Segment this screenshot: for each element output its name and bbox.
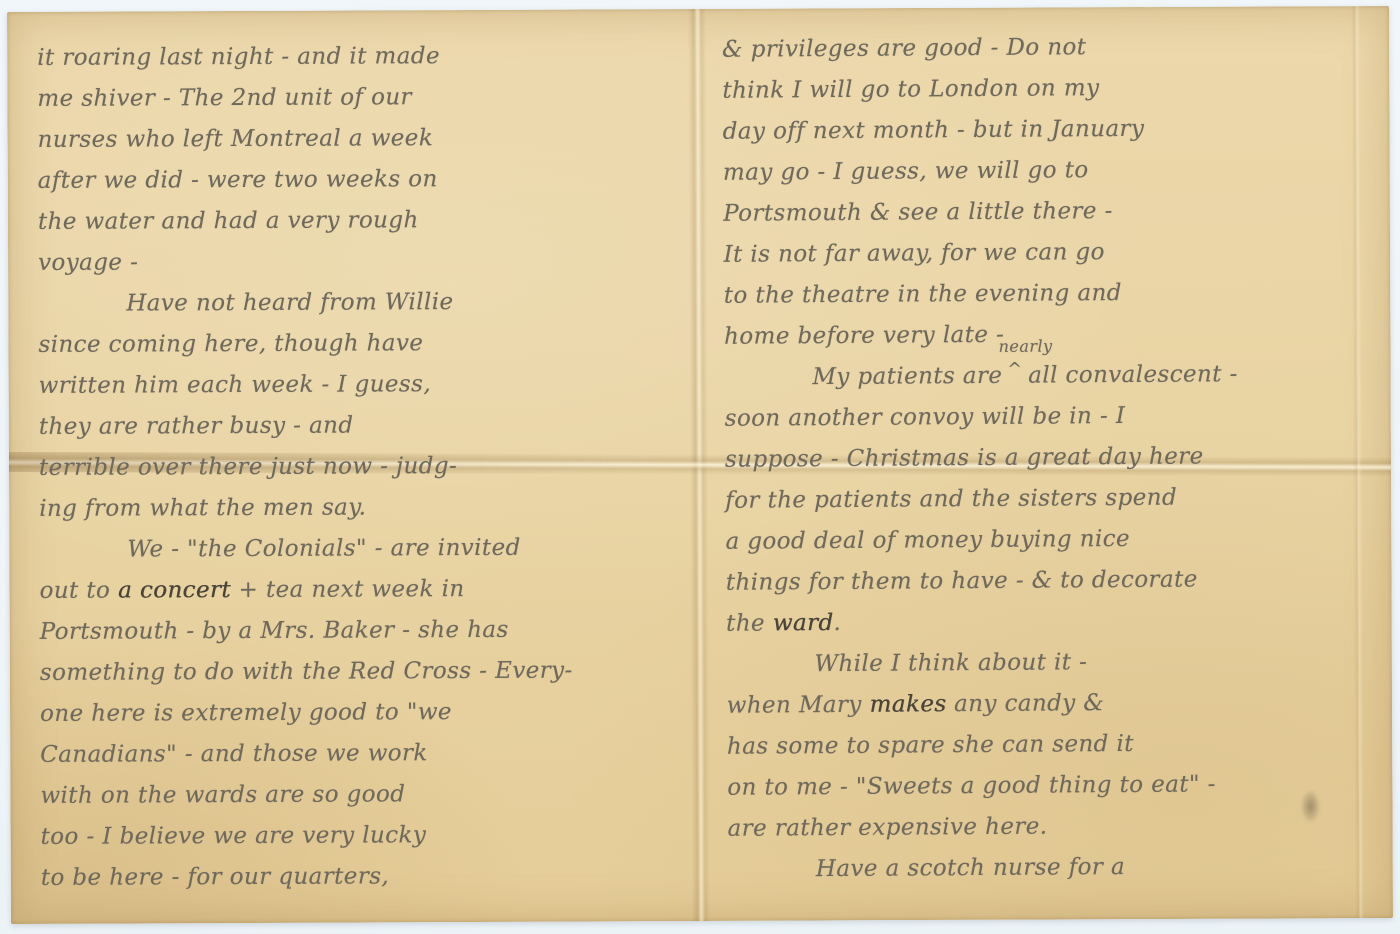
handwritten-line: a good deal of money buying nice: [725, 517, 1385, 563]
handwritten-line: My patients are nearly all convalescent …: [724, 353, 1384, 399]
handwritten-line: to be here - for our quarters,: [41, 855, 693, 899]
handwritten-line: ing from what the men say.: [39, 486, 691, 530]
handwritten-line: has some to spare she can send it: [727, 722, 1387, 768]
handwritten-line: written him each week - I guess,: [39, 363, 691, 407]
inserted-word-above: nearly: [1010, 360, 1021, 383]
handwritten-line: with on the wards are so good: [40, 773, 692, 817]
handwritten-line: & privileges are good - Do not: [722, 25, 1382, 71]
handwritten-line: We - "the Colonials" - are invited: [39, 527, 691, 571]
handwritten-line: Portsmouth - by a Mrs. Baker - she has: [40, 609, 692, 653]
handwritten-line: It is not far away, for we can go: [723, 230, 1383, 276]
handwritten-line: it roaring last night - and it made: [37, 35, 689, 79]
handwritten-line: Have not heard from Willie: [38, 281, 690, 325]
overwritten-word: a concert: [118, 577, 231, 603]
handwritten-line: the ward.: [726, 599, 1386, 645]
handwritten-line: to the theatre in the evening and: [724, 271, 1384, 317]
handwritten-line: Portsmouth & see a little there -: [723, 189, 1383, 235]
handwritten-line: think I will go to London on my: [722, 66, 1382, 112]
letter-paper: it roaring last night - and it mademe sh…: [7, 6, 1393, 924]
handwritten-line: While I think about it -: [726, 640, 1386, 686]
handwritten-line: voyage -: [38, 240, 690, 284]
handwritten-line: home before very late -: [724, 312, 1384, 358]
handwritten-line: something to do with the Red Cross - Eve…: [40, 650, 692, 694]
overwritten-word: makes: [869, 691, 946, 718]
handwritten-line: since coming here, though have: [38, 322, 690, 366]
overwritten-word: ward: [773, 610, 834, 636]
handwritten-line: the water and had a very rough: [38, 199, 690, 243]
handwritten-line: one here is extremely good to "we: [40, 691, 692, 735]
handwritten-line: on to me - "Sweets a good thing to eat" …: [727, 763, 1387, 809]
handwritten-line: things for them to have - & to decorate: [726, 558, 1386, 604]
handwritten-line: day off next month - but in January: [723, 107, 1383, 153]
handwritten-line: Canadians" - and those we work: [40, 732, 692, 776]
handwritten-line: too - I believe we are very lucky: [41, 814, 693, 858]
handwritten-line: soon another convoy will be in - I: [725, 394, 1385, 440]
handwritten-line: after we did - were two weeks on: [38, 158, 690, 202]
handwritten-line: terrible over there just now - judg-: [39, 445, 691, 489]
letter-page-right: & privileges are good - Do notthink I wi…: [722, 25, 1388, 891]
handwritten-line: are rather expensive here.: [727, 804, 1387, 850]
handwritten-line: nurses who left Montreal a week: [37, 117, 689, 161]
handwritten-line: Have a scotch nurse for a: [728, 845, 1388, 891]
handwritten-line: may go - I guess, we will go to: [723, 148, 1383, 194]
handwritten-line: when Mary makes any candy &: [727, 681, 1387, 727]
scan-background: it roaring last night - and it mademe sh…: [0, 0, 1400, 934]
handwritten-line: suppose - Christmas is a great day here: [725, 435, 1385, 481]
handwritten-line: me shiver - The 2nd unit of our: [37, 76, 689, 120]
handwritten-line: out to a concert + tea next week in: [39, 568, 691, 612]
letter-page-left: it roaring last night - and it mademe sh…: [37, 35, 693, 899]
handwritten-line: they are rather busy - and: [39, 404, 691, 448]
handwritten-line: for the patients and the sisters spend: [725, 476, 1385, 522]
